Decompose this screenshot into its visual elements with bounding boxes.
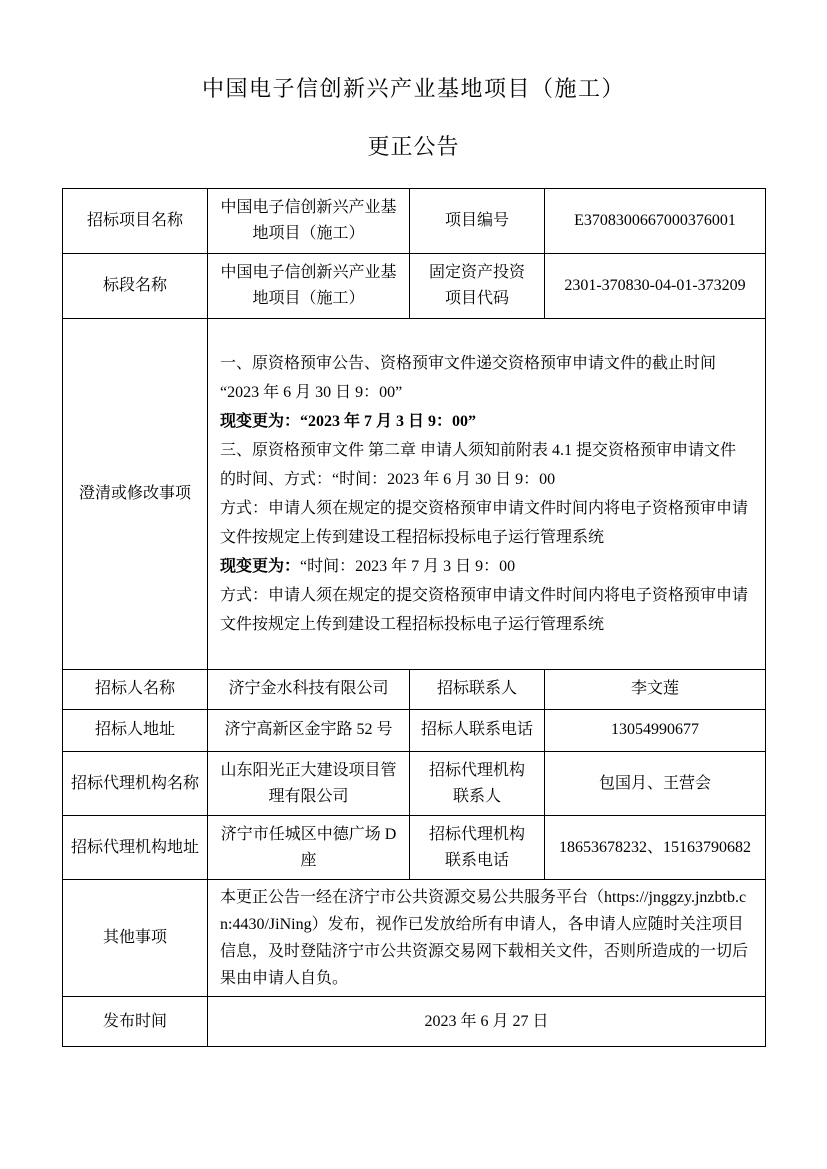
page-title: 中国电子信创新兴产业基地项目（施工） <box>0 0 827 104</box>
agency-contact-value: 包国月、王营会 <box>545 752 766 816</box>
others-label: 其他事项 <box>63 880 208 997</box>
tenderer-address-label: 招标人地址 <box>63 710 208 752</box>
clarify-line: “2023 年 6 月 30 日 9：00” <box>220 378 757 407</box>
announcement-table: 招标项目名称 中国电子信创新兴产业基 地项目（施工） 项目编号 E3708300… <box>62 188 766 1047</box>
clarify-line: 方式：申请人须在规定的提交资格预审申请文件时间内将电子资格预审申请 <box>220 494 757 523</box>
clarification-content: 一、原资格预审公告、资格预审文件递交资格预审申请文件的截止时间 “2023 年 … <box>208 319 766 670</box>
project-number-value: E3708300667000376001 <box>545 189 766 254</box>
clarify-line: 的时间、方式：“时间：2023 年 6 月 30 日 9：00 <box>220 465 757 494</box>
table-row-agency-address: 招标代理机构地址 济宁市任城区中德广场 D 座 招标代理机构 联系电话 1865… <box>63 816 766 880</box>
tenderer-name-label: 招标人名称 <box>63 670 208 710</box>
agency-contact-label: 招标代理机构 联系人 <box>410 752 545 816</box>
section-name-label: 标段名称 <box>63 254 208 319</box>
table-row-agency-name: 招标代理机构名称 山东阳光正大建设项目管 理有限公司 招标代理机构 联系人 包国… <box>63 752 766 816</box>
agency-name-value: 山东阳光正大建设项目管 理有限公司 <box>208 752 410 816</box>
table-row-tenderer-address: 招标人地址 济宁高新区金宇路 52 号 招标人联系电话 13054990677 <box>63 710 766 752</box>
clarification-label: 澄清或修改事项 <box>63 319 208 670</box>
table-row-publish-time: 发布时间 2023 年 6 月 27 日 <box>63 997 766 1047</box>
agency-name-label: 招标代理机构名称 <box>63 752 208 816</box>
table-row-section: 标段名称 中国电子信创新兴产业基 地项目（施工） 固定资产投资 项目代码 230… <box>63 254 766 319</box>
others-content: 本更正公告一经在济宁市公共资源交易公共服务平台（https://jnggzy.j… <box>208 880 766 997</box>
section-name-value: 中国电子信创新兴产业基 地项目（施工） <box>208 254 410 319</box>
page-subtitle: 更正公告 <box>0 132 827 162</box>
announcement-page: 中国电子信创新兴产业基地项目（施工） 更正公告 招标项目名称 中国电子信创新兴产… <box>0 0 827 1169</box>
tenderer-phone-value: 13054990677 <box>545 710 766 752</box>
agency-address-value: 济宁市任城区中德广场 D 座 <box>208 816 410 880</box>
clarify-line: 一、原资格预审公告、资格预审文件递交资格预审申请文件的截止时间 <box>220 349 757 378</box>
agency-phone-value: 18653678232、15163790682 <box>545 816 766 880</box>
tenderer-address-value: 济宁高新区金宇路 52 号 <box>208 710 410 752</box>
clarify-line: 方式：申请人须在规定的提交资格预审申请文件时间内将电子资格预审申请 <box>220 581 757 610</box>
project-number-label: 项目编号 <box>410 189 545 254</box>
tenderer-phone-label: 招标人联系电话 <box>410 710 545 752</box>
project-name-label: 招标项目名称 <box>63 189 208 254</box>
clarify-line: 三、原资格预审文件 第二章 申请人须知前附表 4.1 提交资格预审申请文件 <box>220 436 757 465</box>
clarify-line: 文件按规定上传到建设工程招标投标电子运行管理系统 <box>220 523 757 552</box>
clarify-line: 现变更为：“2023 年 7 月 3 日 9：00” <box>220 407 757 436</box>
table-row-clarification: 澄清或修改事项 一、原资格预审公告、资格预审文件递交资格预审申请文件的截止时间 … <box>63 319 766 670</box>
tender-contact-value: 李文莲 <box>545 670 766 710</box>
agency-address-label: 招标代理机构地址 <box>63 816 208 880</box>
tenderer-name-value: 济宁金水科技有限公司 <box>208 670 410 710</box>
publish-time-label: 发布时间 <box>63 997 208 1047</box>
clarify-line: 文件按规定上传到建设工程招标投标电子运行管理系统 <box>220 610 757 639</box>
agency-phone-label: 招标代理机构 联系电话 <box>410 816 545 880</box>
project-name-value: 中国电子信创新兴产业基 地项目（施工） <box>208 189 410 254</box>
investment-code-label: 固定资产投资 项目代码 <box>410 254 545 319</box>
investment-code-value: 2301-370830-04-01-373209 <box>545 254 766 319</box>
tender-contact-label: 招标联系人 <box>410 670 545 710</box>
publish-time-value: 2023 年 6 月 27 日 <box>208 997 766 1047</box>
table-row-tenderer-name: 招标人名称 济宁金水科技有限公司 招标联系人 李文莲 <box>63 670 766 710</box>
clarify-line: 现变更为：“时间：2023 年 7 月 3 日 9：00 <box>220 552 757 581</box>
table-row-project: 招标项目名称 中国电子信创新兴产业基 地项目（施工） 项目编号 E3708300… <box>63 189 766 254</box>
table-row-others: 其他事项 本更正公告一经在济宁市公共资源交易公共服务平台（https://jng… <box>63 880 766 997</box>
